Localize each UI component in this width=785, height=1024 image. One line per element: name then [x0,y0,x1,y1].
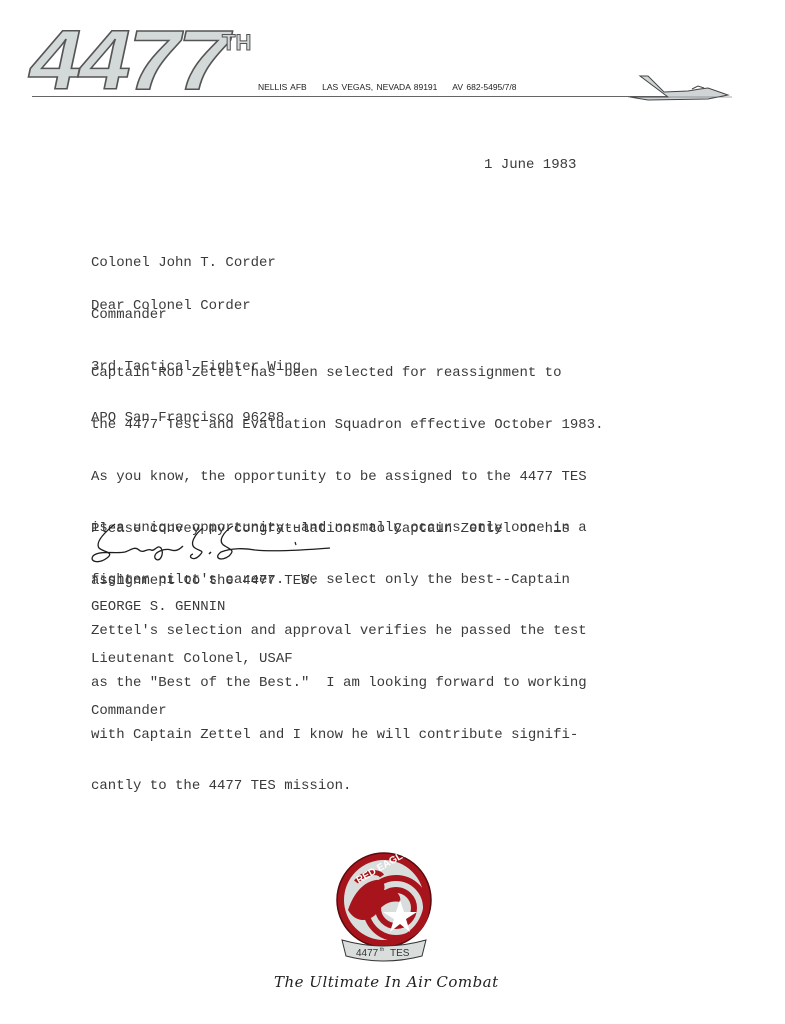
signer-block: GEORGE S. GENNIN Lieutenant Colonel, USA… [91,565,293,737]
handwritten-signature [85,522,335,567]
body-line: Captain Rob Zettel has been selected for… [91,365,603,382]
salutation: Dear Colonel Corder [91,298,251,315]
body-line: cantly to the 4477 TES mission. [91,778,603,795]
address-base: NELLIS AFB [258,82,307,92]
motto: The Ultimate In Air Combat [274,973,499,991]
address-city: LAS VEGAS, NEVADA 89191 [322,82,437,92]
signer-rank: Lieutenant Colonel, USAF [91,651,293,668]
patch-bottom-sup: th [380,947,384,953]
address-phone: AV 682-5495/7/8 [452,82,516,92]
unit-logo-suffix: TH [222,30,251,56]
letterhead: 4477 TH NELLIS AFB LAS VEGAS, NEVADA 891… [0,0,785,110]
letter-date: 1 June 1983 [484,157,576,173]
addressee-line: Colonel John T. Corder [91,255,301,272]
fighter-jet-icon [628,72,733,104]
patch-bottom-number: 4477 [356,948,379,959]
letterhead-address: NELLIS AFB LAS VEGAS, NEVADA 89191 AV 68… [258,82,528,92]
signer-name: GEORGE S. GENNIN [91,599,293,616]
unit-logo-number: 4477 [30,22,227,98]
body-line: As you know, the opportunity to be assig… [91,469,603,486]
signer-title: Commander [91,703,293,720]
letterhead-rule [32,96,722,97]
body-line: the 4477 Test and Evaluation Squadron ef… [91,417,603,434]
red-eagles-patch-icon: RED EAGLES 4477 th TES [334,852,434,964]
patch-bottom-text: TES [390,948,410,959]
